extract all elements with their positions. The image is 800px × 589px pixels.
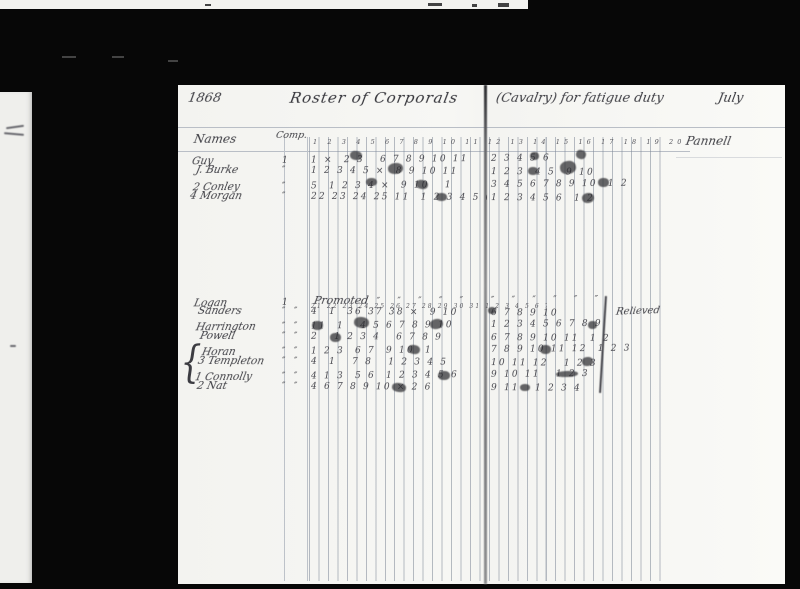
- remark-note: Pannell: [685, 134, 732, 148]
- company-mark: ″: [282, 192, 285, 202]
- company-mark: ″ ″: [282, 332, 297, 342]
- page-title: Roster of Corporals: [288, 89, 459, 107]
- company-mark: ″ ″: [282, 307, 297, 317]
- ink-blot: [588, 321, 597, 329]
- duty-marks-left: 4 1 36 37 38 × 9 10: [311, 307, 459, 318]
- company-mark: ″ ″: [282, 357, 297, 367]
- duty-marks-left: 22 23 24 25 11 1 2 3 4 5 6 7 8: [311, 192, 487, 203]
- duty-marks-left: 1 2 3 4 5 × 8 9 10 11: [311, 166, 459, 177]
- day-numbers-header: 1 2 3 4 5 6 7 8 9 10 11 12 13 14 15 16 1…: [313, 138, 691, 146]
- corporal-name: 4 Morgan: [189, 190, 243, 202]
- roster-row: 2 Nat ″ ″ 4 6 7 8 9 10 × 2 6 9 11 1 2 3 …: [178, 380, 785, 397]
- corporal-name: Sanders: [197, 305, 243, 317]
- film-scratch: [168, 60, 178, 62]
- duty-marks-right: 7 8 9 10 11 12 1 2 3: [491, 344, 632, 355]
- company-column-header: Comp.: [275, 130, 308, 141]
- corporal-name: Powell: [199, 330, 237, 342]
- year-label: 1868: [187, 91, 223, 106]
- film-scratch: [498, 3, 509, 7]
- ink-squiggle: [4, 132, 24, 136]
- duty-marks-right: 1 2 3 4 5 9 10: [491, 167, 595, 178]
- page-subtitle: (Cavalry) for fatigue duty: [495, 91, 665, 106]
- left-page-sliver: [0, 92, 32, 583]
- film-scratch: [112, 56, 124, 58]
- ink-blot: [520, 384, 530, 391]
- ledger-page: 1868 Roster of Corporals (Cavalry) for f…: [178, 85, 785, 584]
- film-scratch: [428, 3, 442, 6]
- duty-marks-left: 4 1 7 8 1 2 3 4 5: [311, 357, 448, 368]
- duty-marks-left: 5 1 2 3 4 × 9 10 1: [311, 180, 453, 191]
- duty-marks-right: 1 2 3 4 5 6 1 2: [491, 193, 595, 204]
- header-rule: [178, 127, 785, 128]
- ink-blot: [488, 307, 496, 314]
- duty-marks-left: 4 1 3 5 6 1 2 3 4 5 6: [311, 370, 459, 381]
- duty-marks-right: 1 2 3 4 5 6 7 8 9: [491, 319, 603, 330]
- names-column-header: Names: [193, 132, 238, 146]
- corporal-name: 2 Nat: [196, 380, 228, 392]
- ink-blot: [530, 152, 539, 160]
- duty-marks-right: 2 3 4 5 6: [491, 153, 551, 164]
- company-mark: ″: [282, 166, 285, 176]
- ink-blot: [438, 371, 450, 380]
- ink-blot: [436, 193, 447, 201]
- film-top-strip: [0, 0, 528, 9]
- roster-row: 4 Morgan ″ 22 23 24 25 11 1 2 3 4 5 6 7 …: [178, 190, 785, 207]
- duty-marks-right: 6 7 8 9 10: [491, 308, 559, 318]
- film-scratch: [205, 4, 211, 6]
- duty-marks-right: 9 11 1 2 3 4: [491, 383, 582, 394]
- duty-marks-left: 4 6 7 8 9 10 × 2 6: [311, 382, 433, 393]
- ink-blot: [540, 345, 551, 354]
- company-mark: ″ ″: [282, 382, 297, 392]
- duty-marks-right: ″ ″ ″ ″ ″ ″: [491, 295, 600, 306]
- ink-squiggle: [6, 125, 24, 129]
- ink-blot: [330, 333, 341, 342]
- ink-blot: [528, 167, 538, 175]
- corporal-name: J. Burke: [195, 164, 240, 176]
- corporal-name: 3 Templeton: [197, 355, 266, 367]
- ink-blot: [598, 178, 609, 187]
- ink-squiggle: [10, 345, 16, 347]
- month-label: July: [717, 91, 745, 106]
- film-scratch: [62, 56, 76, 58]
- film-scratch: [472, 4, 477, 7]
- ink-blot: [366, 178, 377, 186]
- ink-blot: [312, 321, 323, 330]
